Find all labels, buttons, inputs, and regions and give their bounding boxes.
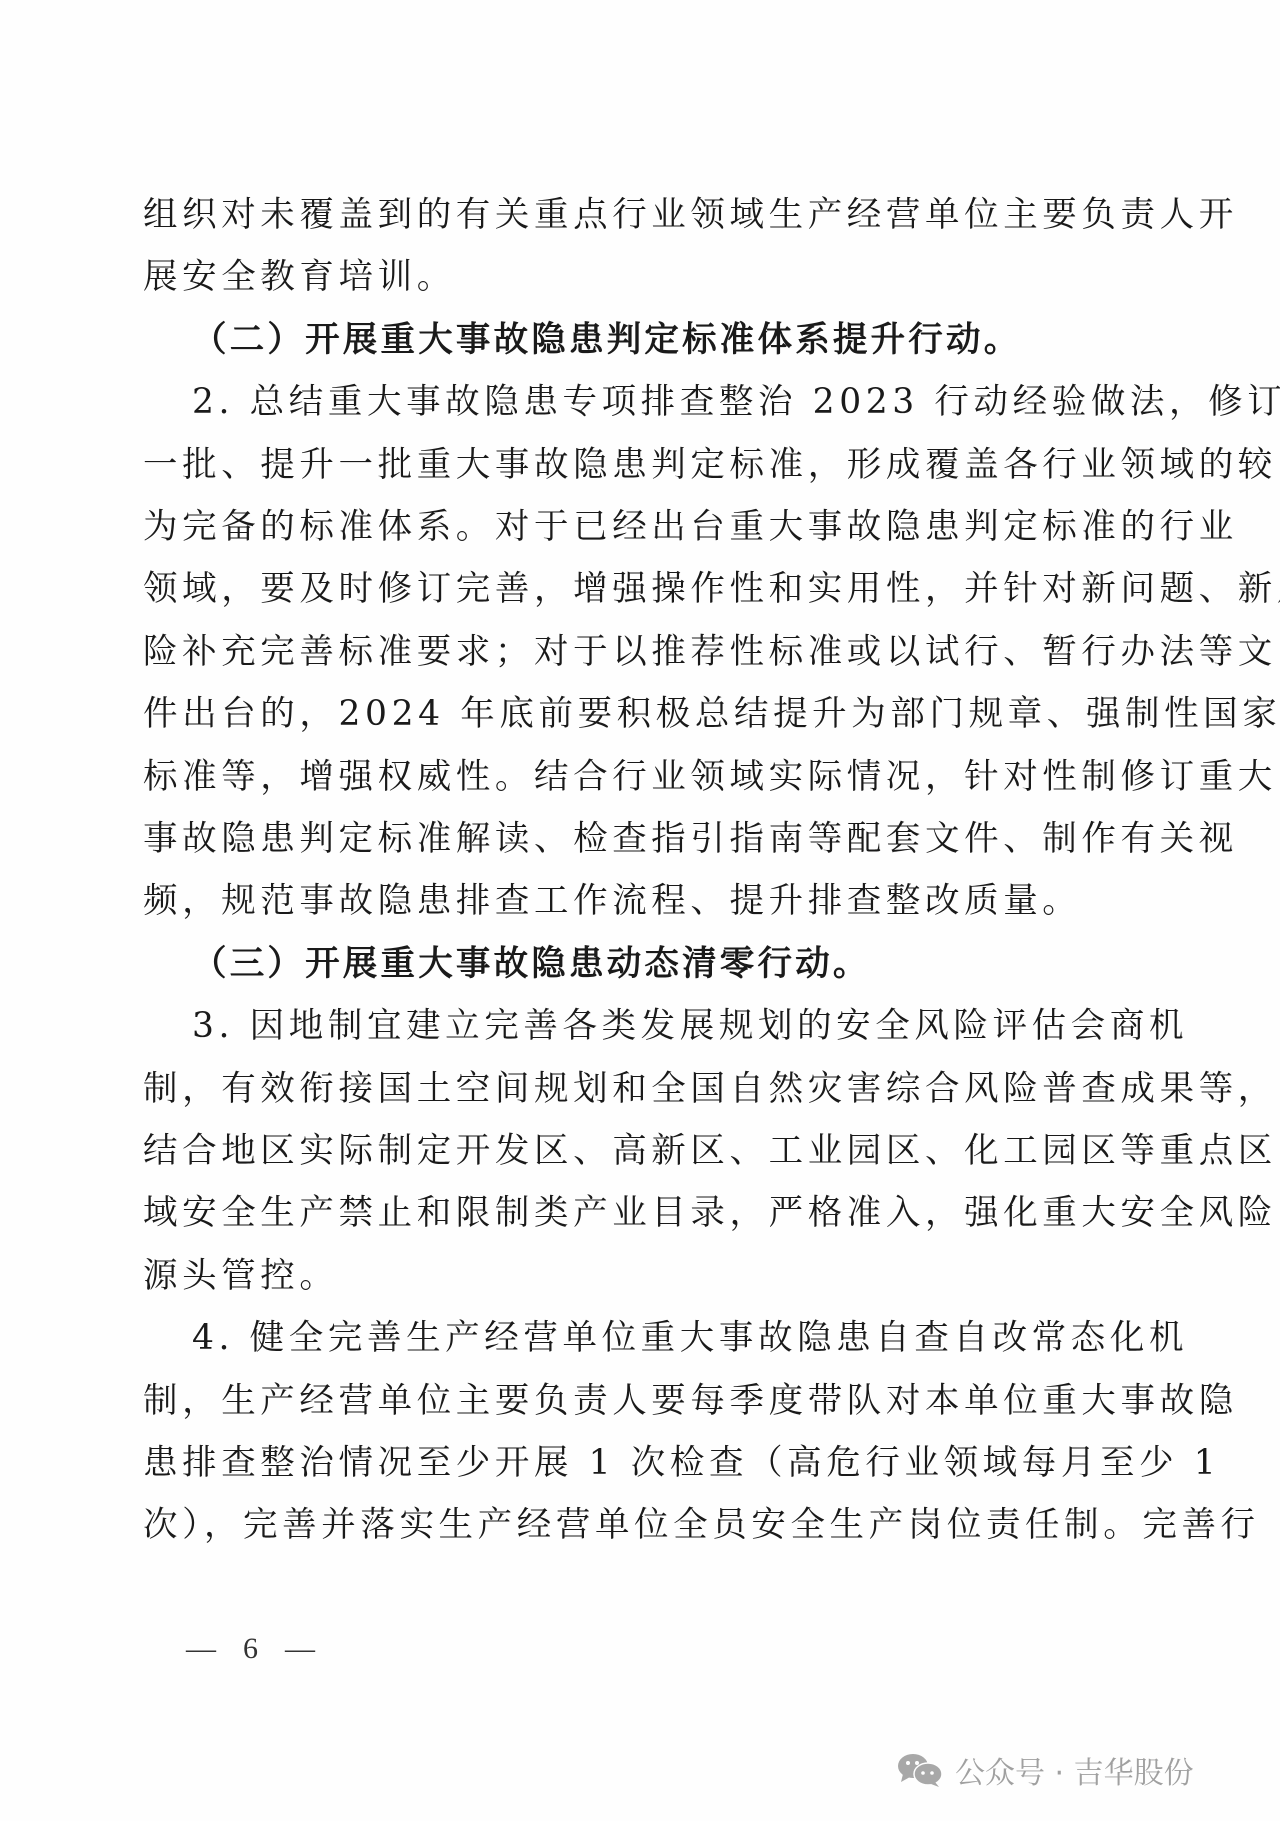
text-line: 频，规范事故隐患排查工作流程、提升排查整改质量。	[143, 876, 1103, 926]
text-line: 结合地区实际制定开发区、高新区、工业园区、化工园区等重点区	[143, 1126, 1103, 1176]
text-line: 领域，要及时修订完善，增强操作性和实用性，并针对新问题、新风	[143, 564, 1103, 614]
watermark-text: 公众号 · 吉华股份	[955, 1748, 1194, 1792]
text-line: 组织对未覆盖到的有关重点行业领域生产经营单位主要负责人开	[143, 190, 1103, 240]
text-line: 为完备的标准体系。对于已经出台重大事故隐患判定标准的行业	[143, 502, 1103, 552]
document-page: 组织对未覆盖到的有关重点行业领域生产经营单位主要负责人开 展安全教育培训。 （二…	[0, 0, 1280, 1821]
text-line: 4. 健全完善生产经营单位重大事故隐患自查自改常态化机	[192, 1313, 1103, 1363]
text-line: 2. 总结重大事故隐患专项排查整治 2023 行动经验做法，修订	[192, 377, 1103, 427]
page-number: — 6 —	[186, 1632, 319, 1666]
text-line: 件出台的，2024 年底前要积极总结提升为部门规章、强制性国家	[143, 689, 1103, 739]
text-line: 事故隐患判定标准解读、检查指引指南等配套文件、制作有关视	[143, 814, 1103, 864]
section-heading: （三）开展重大事故隐患动态清零行动。	[192, 939, 1103, 989]
text-line: 次），完善并落实生产经营单位全员安全生产岗位责任制。完善行	[143, 1500, 1103, 1550]
text-line: 制，生产经营单位主要负责人要每季度带队对本单位重大事故隐	[143, 1376, 1103, 1426]
text-line: 制，有效衔接国土空间规划和全国自然灾害综合风险普查成果等，	[143, 1064, 1103, 1114]
wechat-icon	[897, 1753, 943, 1787]
text-line: 患排查整治情况至少开展 1 次检查（高危行业领域每月至少 1	[143, 1438, 1103, 1488]
section-heading: （二）开展重大事故隐患判定标准体系提升行动。	[192, 315, 1103, 365]
text-line: 险补充完善标准要求；对于以推荐性标准或以试行、暂行办法等文	[143, 627, 1103, 677]
text-line: 展安全教育培训。	[143, 252, 1103, 302]
wechat-watermark: 公众号 · 吉华股份	[897, 1748, 1194, 1792]
text-line: 域安全生产禁止和限制类产业目录，严格准入，强化重大安全风险	[143, 1188, 1103, 1238]
text-line: 一批、提升一批重大事故隐患判定标准，形成覆盖各行业领域的较	[143, 440, 1103, 490]
text-line: 源头管控。	[143, 1251, 1103, 1301]
text-line: 标准等，增强权威性。结合行业领域实际情况，针对性制修订重大	[143, 752, 1103, 802]
text-line: 3. 因地制宜建立完善各类发展规划的安全风险评估会商机	[192, 1001, 1103, 1051]
